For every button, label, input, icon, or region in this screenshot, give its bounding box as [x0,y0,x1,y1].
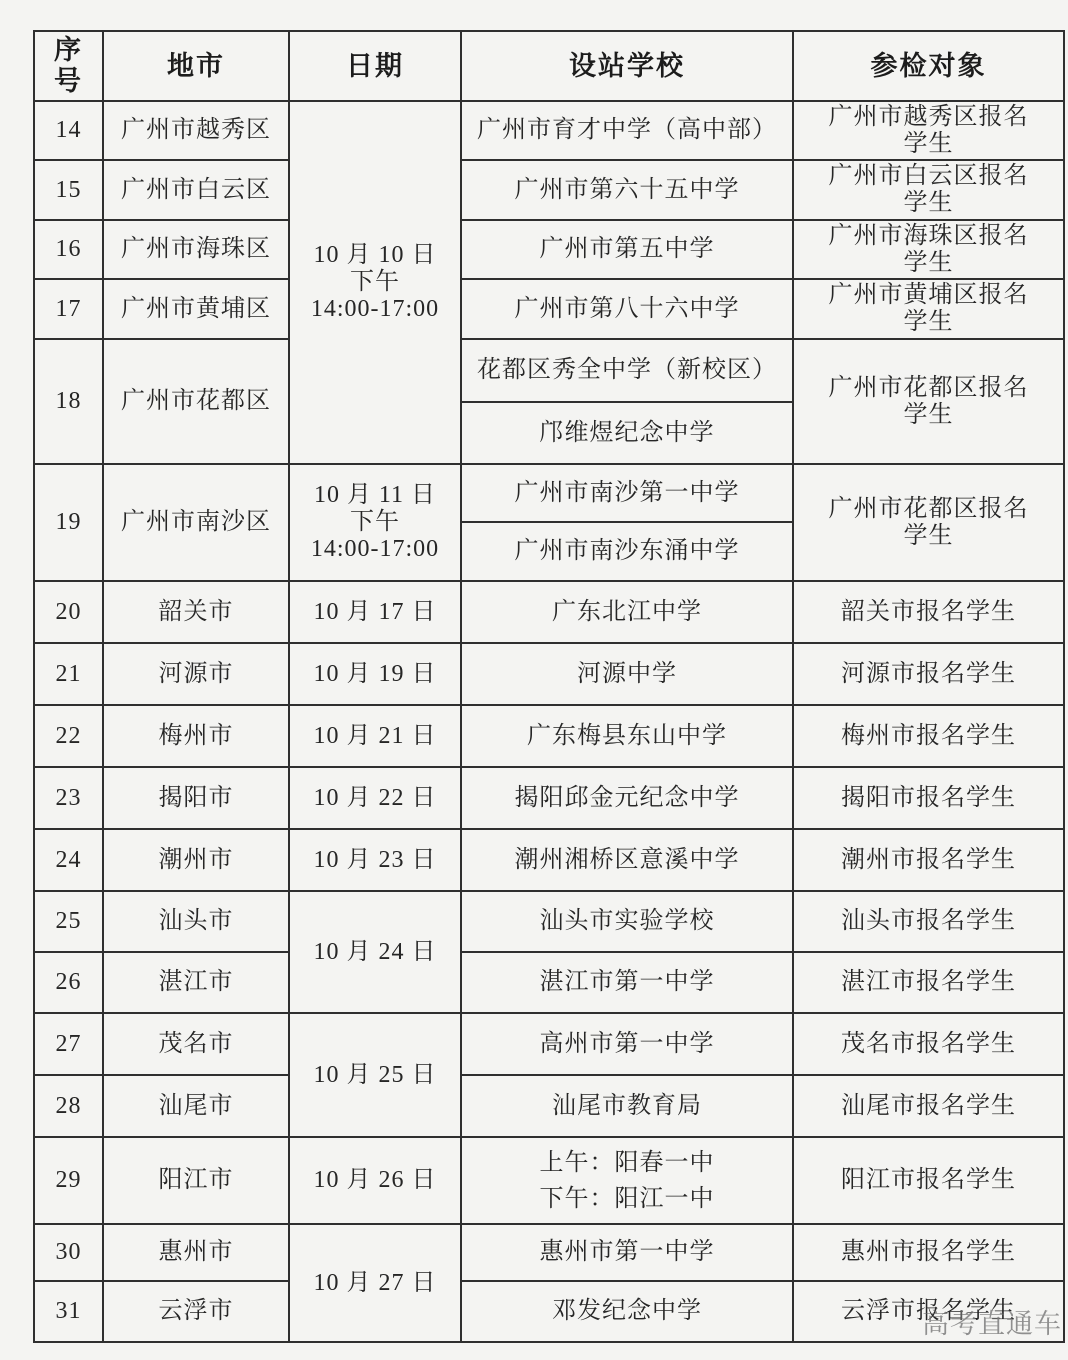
table-row: 18 广州市花都区 花都区秀全中学（新校区） 广州市花都区报名 学生 [34,339,1064,402]
table-row: 20 韶关市 10 月 17 日 广东北江中学 韶关市报名学生 [34,581,1064,643]
cell-city: 韶关市 [103,581,289,643]
table-row: 27 茂名市 10 月 25 日 高州市第一中学 茂名市报名学生 [34,1013,1064,1075]
cell-city: 汕尾市 [103,1075,289,1137]
cell-target: 阳江市报名学生 [793,1137,1064,1224]
cell-seq: 19 [34,464,103,581]
cell-date: 10 月 26 日 [289,1137,461,1224]
header-city: 地市 [103,31,289,101]
cell-school: 汕头市实验学校 [461,891,793,952]
table-row: 21 河源市 10 月 19 日 河源中学 河源市报名学生 [34,643,1064,705]
cell-seq: 31 [34,1281,103,1342]
cell-date: 10 月 23 日 [289,829,461,891]
cell-city: 惠州市 [103,1224,289,1281]
cell-city: 茂名市 [103,1013,289,1075]
cell-target: 湛江市报名学生 [793,952,1064,1013]
table-row: 28 汕尾市 汕尾市教育局 汕尾市报名学生 [34,1075,1064,1137]
cell-seq: 23 [34,767,103,829]
cell-school: 河源中学 [461,643,793,705]
cell-school: 广州市第五中学 [461,220,793,279]
cell-school: 广州市第八十六中学 [461,279,793,339]
cell-school: 广州市第六十五中学 [461,160,793,220]
cell-school: 潮州湘桥区意溪中学 [461,829,793,891]
cell-school: 邓发纪念中学 [461,1281,793,1342]
cell-date: 10 月 25 日 [289,1013,461,1137]
cell-seq: 16 [34,220,103,279]
cell-date: 10 月 21 日 [289,705,461,767]
cell-city: 广州市越秀区 [103,101,289,160]
cell-seq: 30 [34,1224,103,1281]
table-row: 14 广州市越秀区 10 月 10 日 下午 14:00-17:00 广州市育才… [34,101,1064,160]
cell-target: 广州市白云区报名 学生 [793,160,1064,220]
cell-city: 潮州市 [103,829,289,891]
cell-date: 10 月 11 日 下午 14:00-17:00 [289,464,461,581]
table-row: 16 广州市海珠区 广州市第五中学 广州市海珠区报名 学生 [34,220,1064,279]
cell-city: 梅州市 [103,705,289,767]
cell-school: 广东北江中学 [461,581,793,643]
cell-target: 云浮市报名学生 [793,1281,1064,1342]
cell-seq: 27 [34,1013,103,1075]
cell-city: 广州市南沙区 [103,464,289,581]
table-row: 24 潮州市 10 月 23 日 潮州湘桥区意溪中学 潮州市报名学生 [34,829,1064,891]
cell-school: 汕尾市教育局 [461,1075,793,1137]
cell-city: 揭阳市 [103,767,289,829]
cell-target: 广州市越秀区报名 学生 [793,101,1064,160]
table-row: 30 惠州市 10 月 27 日 惠州市第一中学 惠州市报名学生 [34,1224,1064,1281]
cell-city: 云浮市 [103,1281,289,1342]
medical-exam-schedule-table: 序 号 地市 日期 设站学校 参检对象 14 广州市越秀区 10 月 10 日 … [33,30,1065,1343]
cell-school: 湛江市第一中学 [461,952,793,1013]
table-row: 23 揭阳市 10 月 22 日 揭阳邱金元纪念中学 揭阳市报名学生 [34,767,1064,829]
header-target: 参检对象 [793,31,1064,101]
cell-school: 广州市育才中学（高中部） [461,101,793,160]
cell-date: 10 月 19 日 [289,643,461,705]
table-row: 19 广州市南沙区 10 月 11 日 下午 14:00-17:00 广州市南沙… [34,464,1064,522]
header-seq: 序 号 [34,31,103,101]
table-row: 29 阳江市 10 月 26 日 上午：阳春一中 下午：阳江一中 阳江市报名学生 [34,1137,1064,1224]
cell-date: 10 月 17 日 [289,581,461,643]
cell-target: 广州市黄埔区报名 学生 [793,279,1064,339]
cell-date: 10 月 27 日 [289,1224,461,1342]
table-row: 25 汕头市 10 月 24 日 汕头市实验学校 汕头市报名学生 [34,891,1064,952]
cell-school: 邝维煜纪念中学 [461,402,793,464]
cell-target: 韶关市报名学生 [793,581,1064,643]
cell-city: 广州市黄埔区 [103,279,289,339]
cell-school: 惠州市第一中学 [461,1224,793,1281]
cell-target: 河源市报名学生 [793,643,1064,705]
cell-school: 高州市第一中学 [461,1013,793,1075]
cell-city: 广州市花都区 [103,339,289,464]
table-row: 22 梅州市 10 月 21 日 广东梅县东山中学 梅州市报名学生 [34,705,1064,767]
cell-seq: 14 [34,101,103,160]
cell-seq: 15 [34,160,103,220]
cell-target: 梅州市报名学生 [793,705,1064,767]
cell-date: 10 月 24 日 [289,891,461,1013]
table-row: 31 云浮市 邓发纪念中学 云浮市报名学生 [34,1281,1064,1342]
cell-city: 河源市 [103,643,289,705]
table-header-row: 序 号 地市 日期 设站学校 参检对象 [34,31,1064,101]
cell-date: 10 月 22 日 [289,767,461,829]
table-row: 26 湛江市 湛江市第一中学 湛江市报名学生 [34,952,1064,1013]
cell-city: 湛江市 [103,952,289,1013]
table-row: 17 广州市黄埔区 广州市第八十六中学 广州市黄埔区报名 学生 [34,279,1064,339]
header-date: 日期 [289,31,461,101]
cell-school: 广州市南沙东涌中学 [461,522,793,581]
cell-target: 潮州市报名学生 [793,829,1064,891]
cell-seq: 21 [34,643,103,705]
cell-seq: 29 [34,1137,103,1224]
header-school: 设站学校 [461,31,793,101]
cell-school: 广州市南沙第一中学 [461,464,793,522]
cell-target: 汕尾市报名学生 [793,1075,1064,1137]
cell-school: 揭阳邱金元纪念中学 [461,767,793,829]
cell-seq: 20 [34,581,103,643]
cell-city: 汕头市 [103,891,289,952]
cell-target: 惠州市报名学生 [793,1224,1064,1281]
cell-target: 揭阳市报名学生 [793,767,1064,829]
cell-seq: 22 [34,705,103,767]
cell-school: 花都区秀全中学（新校区） [461,339,793,402]
cell-school: 上午：阳春一中 下午：阳江一中 [461,1137,793,1224]
cell-city: 阳江市 [103,1137,289,1224]
cell-target: 汕头市报名学生 [793,891,1064,952]
cell-city: 广州市海珠区 [103,220,289,279]
cell-target: 广州市花都区报名 学生 [793,464,1064,581]
table-row: 15 广州市白云区 广州市第六十五中学 广州市白云区报名 学生 [34,160,1064,220]
cell-seq: 25 [34,891,103,952]
cell-seq: 26 [34,952,103,1013]
cell-seq: 28 [34,1075,103,1137]
cell-city: 广州市白云区 [103,160,289,220]
cell-seq: 17 [34,279,103,339]
cell-date: 10 月 10 日 下午 14:00-17:00 [289,101,461,464]
cell-seq: 18 [34,339,103,464]
cell-school: 广东梅县东山中学 [461,705,793,767]
medical-exam-schedule-page: 序 号 地市 日期 设站学校 参检对象 14 广州市越秀区 10 月 10 日 … [0,0,1068,1360]
cell-seq: 24 [34,829,103,891]
cell-target: 广州市海珠区报名 学生 [793,220,1064,279]
cell-target: 广州市花都区报名 学生 [793,339,1064,464]
cell-target: 茂名市报名学生 [793,1013,1064,1075]
